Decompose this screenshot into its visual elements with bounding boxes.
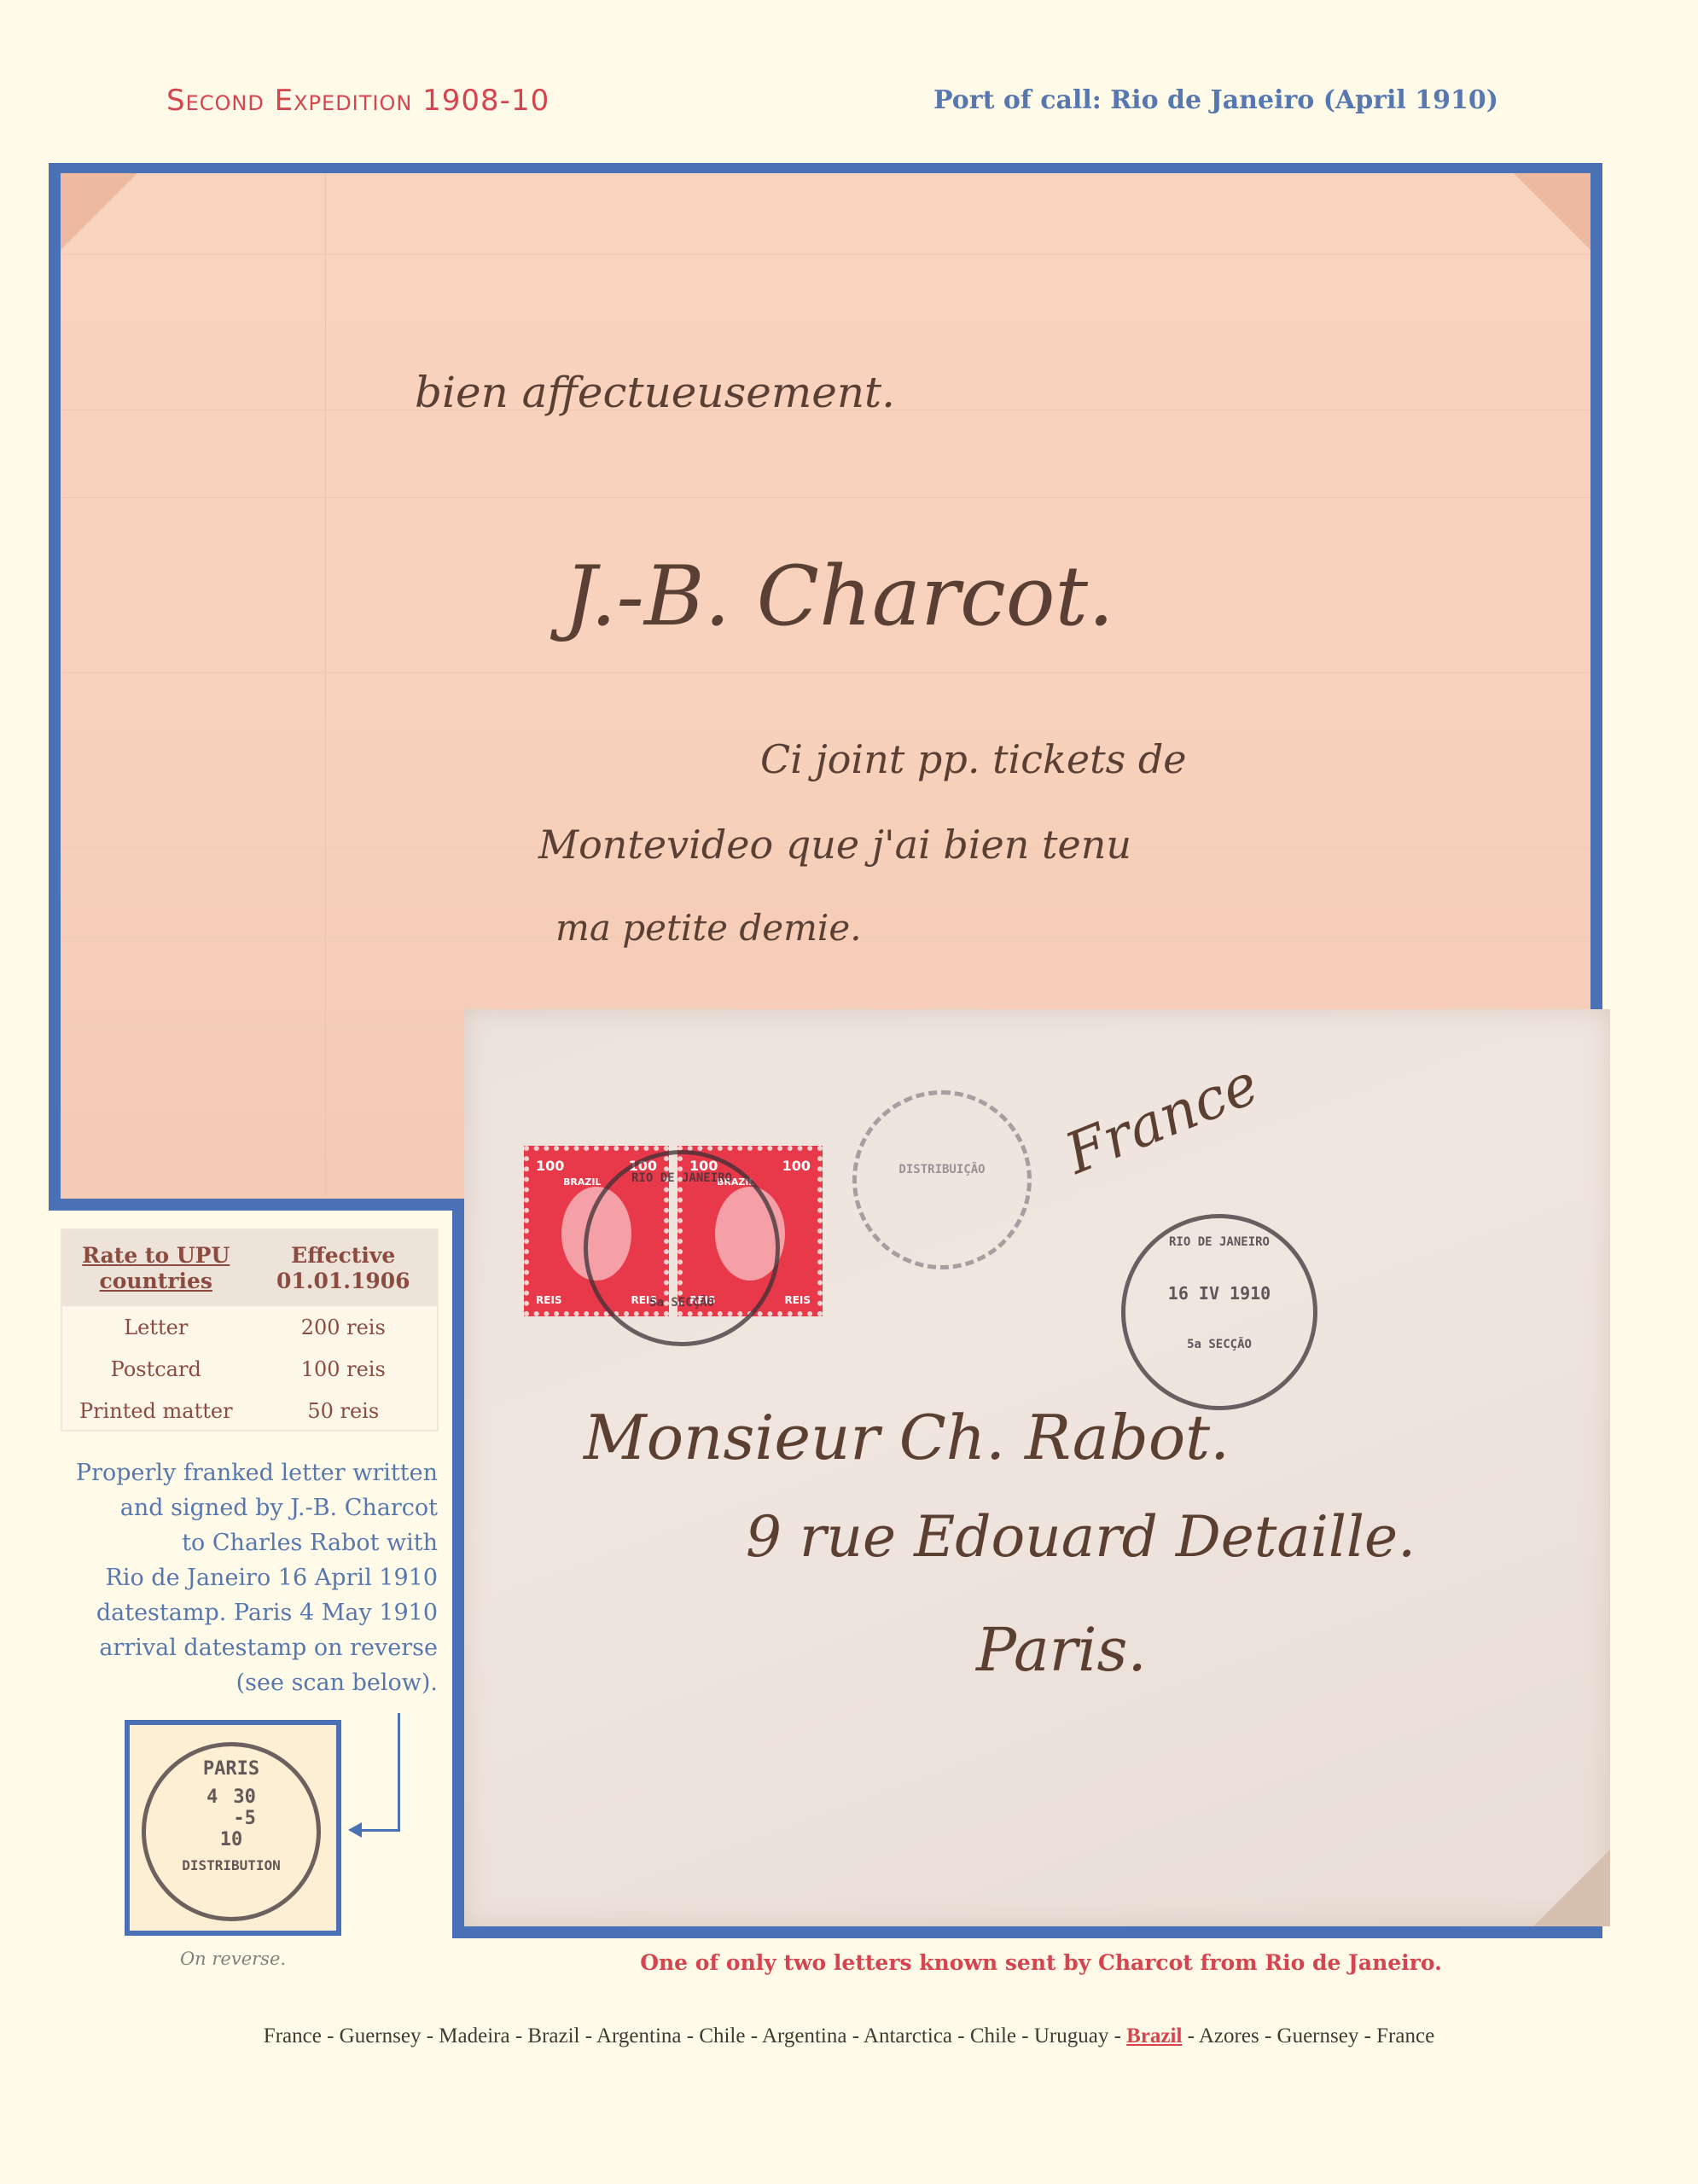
page-title: Second Expedition 1908-10 [166, 84, 550, 118]
pointer-line [398, 1713, 400, 1831]
letter-postscript-line: ma petite demie. [555, 907, 862, 949]
destination-note: France [1056, 1051, 1267, 1188]
itinerary-stop: Antarctica [864, 2024, 952, 2047]
reverse-scan: PARIS 4 30-5 10 DISTRIBUTION [125, 1720, 341, 1936]
pointer-line [358, 1829, 400, 1832]
rate-header-type: Rate to UPU countries [62, 1243, 250, 1294]
itinerary-stop: Azores [1199, 2024, 1259, 2047]
itinerary-stop: Madeira [439, 2024, 509, 2047]
margin-line [325, 173, 326, 1199]
rio-datestamp: RIO DE JANEIRO 16 IV 1910 5a SECÇÃO [1121, 1214, 1317, 1410]
itinerary-stop: France [1376, 2024, 1434, 2047]
address-recipient: Monsieur Ch. Rabot. [584, 1402, 1230, 1473]
rio-postmark: RIO DE JANEIRO 5a SECÇÃO [584, 1150, 780, 1346]
arrow-left-icon [348, 1822, 362, 1838]
itinerary-stop: Argentina [596, 2024, 682, 2047]
itinerary-stop: Chile [699, 2024, 745, 2047]
itinerary-stop: France [264, 2024, 322, 2047]
transit-postmark: DISTRIBUIÇÃO [852, 1090, 1032, 1269]
letter-closing: bien affectueusement. [415, 368, 895, 417]
rate-header-effective: Effective 01.01.1906 [250, 1243, 438, 1294]
photo-corner [1533, 1850, 1610, 1926]
letter-signature: J.-B. Charcot. [564, 549, 1114, 644]
letter-postscript-line: Ci joint pp. tickets de [760, 736, 1187, 782]
rate-table-header: Rate to UPU countries Effective 01.01.19… [62, 1230, 437, 1306]
address-street: 9 rue Edouard Detaille. [746, 1504, 1416, 1570]
itinerary-stop: Guernsey [340, 2024, 422, 2047]
table-row: Printed matter 50 reis [62, 1390, 437, 1432]
photo-corner [61, 173, 137, 250]
item-description: Properly franked letter written and sign… [43, 1455, 438, 1700]
photo-corner [1514, 173, 1590, 250]
address-city: Paris. [976, 1615, 1147, 1685]
itinerary-stop: Uruguay [1034, 2024, 1108, 2047]
table-row: Letter 200 reis [62, 1306, 437, 1348]
itinerary-stop: Brazil [1126, 2024, 1182, 2047]
itinerary-stop: Argentina [762, 2024, 847, 2047]
reverse-caption: On reverse. [125, 1949, 341, 1969]
itinerary-stop: Chile [970, 2024, 1016, 2047]
letter-postscript-line: Montevideo que j'ai bien tenu [538, 822, 1131, 868]
rarity-note: One of only two letters known sent by Ch… [597, 1950, 1485, 1975]
itinerary-stop: Brazil [527, 2024, 579, 2047]
paris-arrival-postmark: PARIS 4 30-5 10 DISTRIBUTION [142, 1742, 321, 1921]
envelope-image: 100 100 BRAZIL REIS REIS 100 100 BRAZIL … [464, 1009, 1610, 1926]
port-of-call-title: Port of call: Rio de Janeiro (April 1910… [933, 85, 1498, 115]
itinerary-stop: Guernsey [1277, 2024, 1359, 2047]
rate-table: Rate to UPU countries Effective 01.01.19… [61, 1228, 439, 1432]
table-row: Postcard 100 reis [62, 1348, 437, 1390]
itinerary-breadcrumb: France - Guernsey - Madeira - Brazil - A… [0, 2024, 1698, 2048]
